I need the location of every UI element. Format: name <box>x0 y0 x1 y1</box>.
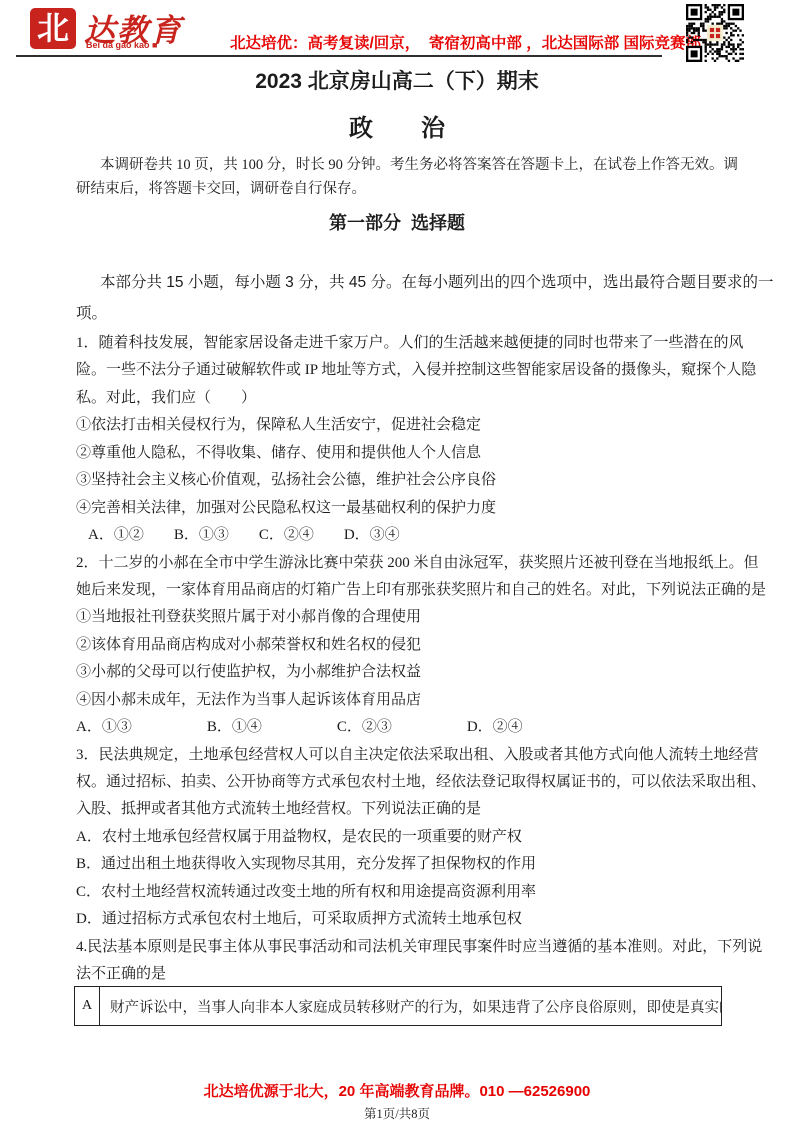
text-line: 本调研卷共 10 页，共 100 分，时长 90 分钟。考生务必将答案答在答题卡… <box>76 153 724 177</box>
footer-page-number: 第1页/共8页 <box>0 1104 794 1122</box>
text-line: ①依法打击相关侵权行为，保障私人生活安宁，促进社会稳定 <box>76 412 731 439</box>
text-line: ④因小郝未成年，无法作为当事人起诉该体育用品店 <box>76 687 731 714</box>
text-line: A．①③ B．①④ C．②③ D．②④ <box>76 714 731 741</box>
question-body: 1．随着科技发展，智能家居设备走进千家万户。人们的生活越来越便捷的同时也带来了一… <box>76 330 731 989</box>
text-line: C．农村土地经营权流转通过改变土地的所有权和用途提高资源利用率 <box>76 879 731 906</box>
section-instructions: 本部分共 15 小题，每小题 3 分，共 45 分。在每小题列出的四个选项中，选… <box>76 267 731 329</box>
text-line: 私。对此，我们应（ ） <box>76 385 731 412</box>
text-line: A．农村土地承包经营权属于用益物权，是农民的一项重要的财产权 <box>76 824 731 851</box>
header-divider <box>16 55 662 57</box>
text-line: 她后来发现，一家体育用品商店的灯箱广告上印有那张获奖照片和自己的姓名。对此，下列… <box>76 577 731 604</box>
header-slogan: 北达培优：高考复读/回京， 寄宿初高中部 ，北达国际部 国际竞赛部 <box>230 31 701 53</box>
text-line: 法不正确的是 <box>76 961 731 988</box>
page-header: 北 达教育 Bei da gao kao ■ 北达培优：高考复读/回京， 寄宿初… <box>0 0 794 58</box>
intro-paragraph: 本调研卷共 10 页，共 100 分，时长 90 分钟。考生务必将答案答在答题卡… <box>76 153 724 201</box>
page-title: 2023 北京房山高二（下）期末 <box>0 65 794 95</box>
text-line: ③坚持社会主义核心价值观，弘扬社会公德，维护社会公序良俗 <box>76 467 731 494</box>
footer-promo: 北达培优源于北大，20 年高端教育品牌。010 —62526900 <box>0 1080 794 1101</box>
text-line: 2．十二岁的小郝在全市中学生游泳比赛中荣获 200 米自由泳冠军，获奖照片还被刊… <box>76 550 731 577</box>
text-line: 入股、抵押或者其他方式流转土地经营权。下列说法正确的是 <box>76 796 731 823</box>
text-line: 1．随着科技发展，智能家居设备走进千家万户。人们的生活越来越便捷的同时也带来了一… <box>76 330 731 357</box>
text-line: 研结束后，将答题卡交回，调研卷自行保存。 <box>76 177 724 201</box>
qr-code <box>686 4 744 62</box>
exam-page: 北 达教育 Bei da gao kao ■ 北达培优：高考复读/回京， 寄宿初… <box>0 0 794 1123</box>
text-line: 项。 <box>76 298 731 329</box>
text-line: ③小郝的父母可以行使监护权，为小郝维护合法权益 <box>76 659 731 686</box>
text-line: ①当地报社刊登获奖照片属于对小郝肖像的合理使用 <box>76 604 731 631</box>
logo-seal-icon: 北 <box>30 8 76 49</box>
text-line: B．通过出租土地获得收入实现物尽其用，充分发挥了担保物权的作用 <box>76 851 731 878</box>
text-line: D．通过招标方式承包农村土地后，可采取质押方式流转土地承包权 <box>76 906 731 933</box>
brand-subtext: Bei da gao kao ■ <box>86 40 157 50</box>
options-table: A 财产诉讼中，当事人向非本人家庭成员转移财产的行为，如果违背了公序良俗原则，即… <box>74 986 722 1026</box>
text-line: 3．民法典规定，土地承包经营权人可以自主决定依法采取出租、入股或者其他方式向他人… <box>76 742 731 769</box>
section-heading: 第一部分 选择题 <box>0 209 794 235</box>
text-line: ②尊重他人隐私，不得收集、储存、使用和提供他人个人信息 <box>76 440 731 467</box>
table-label-cell: A <box>75 987 100 1025</box>
text-line: ④完善相关法律，加强对公民隐私权这一最基础权利的保护力度 <box>76 495 731 522</box>
text-line: ②该体育用品商店构成对小郝荣誉权和姓名权的侵犯 <box>76 632 731 659</box>
text-line: A．①② B．①③ C．②④ D．③④ <box>76 522 731 549</box>
table-text-cell: 财产诉讼中，当事人向非本人家庭成员转移财产的行为，如果违背了公序良俗原则，即使是… <box>100 987 721 1025</box>
text-line: 险。一些不法分子通过破解软件或 IP 地址等方式，入侵并控制这些智能家居设备的摄… <box>76 357 731 384</box>
brand-logo: 北 达教育 Bei da gao kao ■ <box>30 7 230 53</box>
text-line: 本部分共 15 小题，每小题 3 分，共 45 分。在每小题列出的四个选项中，选… <box>76 267 731 298</box>
subject-title: 政 治 <box>0 108 794 143</box>
text-line: 权。通过招标、拍卖、公开协商等方式承包农村土地，经依法登记取得权属证书的，可以依… <box>76 769 731 796</box>
text-line: 4.民法基本原则是民事主体从事民事活动和司法机关审理民事案件时应当遵循的基本准则… <box>76 934 731 961</box>
